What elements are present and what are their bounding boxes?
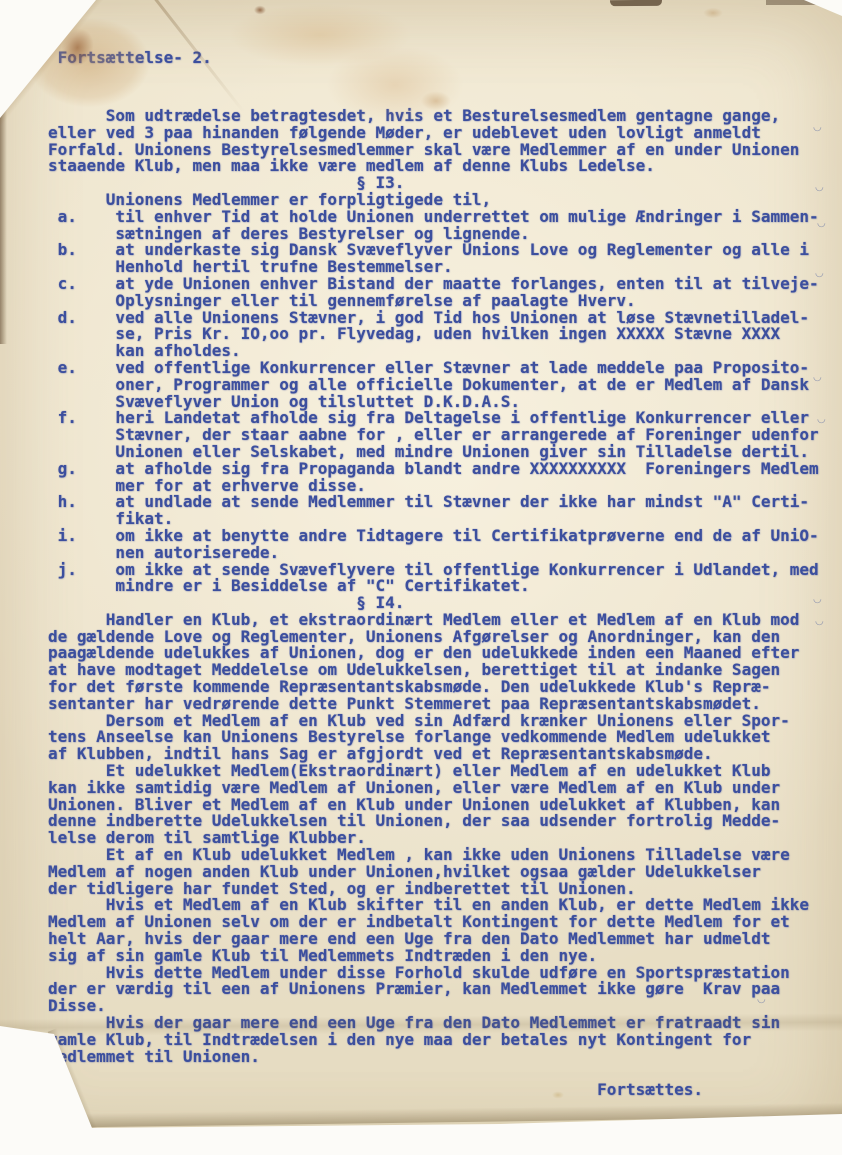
margin-checkmark: ◡ — [815, 616, 824, 627]
margin-checkmark: ◡ — [815, 182, 824, 193]
margin-checkmark: ◡ — [813, 594, 822, 605]
paper-top-edge-tear — [610, 0, 662, 6]
margin-checkmark: ◡ — [813, 372, 822, 383]
typewritten-document: Fortsættelse- 2. Som udtrædelse betragte… — [48, 16, 819, 1133]
page-continuation-header: Fortsættelse- 2. — [48, 50, 819, 67]
margin-checkmark: ◡ — [815, 268, 824, 279]
margin-checkmark: ◡ — [757, 994, 766, 1005]
typewritten-text: Som udtrædelse betragtesdet, hvis et Bes… — [48, 108, 819, 1099]
margin-checkmark: ◡ — [813, 122, 822, 133]
margin-checkmark: ◡ — [817, 218, 826, 229]
scanned-page: Fortsættelse- 2. Som udtrædelse betragte… — [0, 0, 842, 1155]
margin-checkmark: ◡ — [817, 414, 826, 425]
stain-small-dot — [252, 4, 268, 16]
